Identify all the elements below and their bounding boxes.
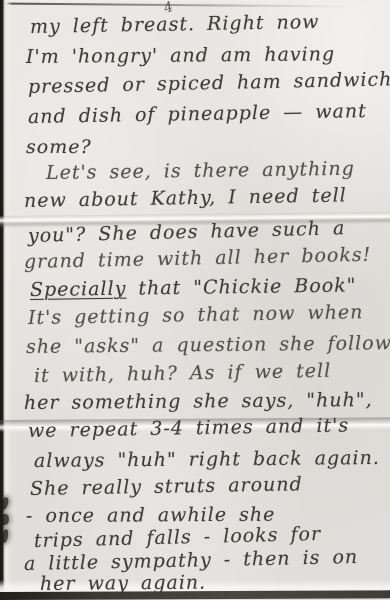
handwritten-line: pressed or spiced ham sandwich (28, 68, 390, 98)
handwritten-line: It's getting so that now when (28, 301, 364, 329)
handwritten-line: my left breast. Right now (30, 11, 320, 38)
handwritten-line: She really struts around (30, 473, 303, 500)
handwritten-line: Specially that "Chickie Book" (30, 274, 357, 301)
scanned-letter-page: 4 my left breast. Right now I'm 'hongry'… (0, 0, 390, 600)
handwritten-line: it with, huh? As if we tell (34, 360, 332, 387)
paper-left-edge (0, 0, 12, 600)
handwritten-line: her way again. (40, 572, 206, 595)
line-rest: that "Chickie Book" (126, 274, 356, 299)
handwritten-line: - once and awhile she (26, 504, 275, 527)
handwritten-line: always "huh" right back again. (34, 447, 380, 472)
handwritten-line: Let's see, is there anything (46, 158, 355, 184)
handwritten-line: she "asks" a question she follows (26, 332, 390, 358)
handwritten-line: and dish of pineapple — want (28, 100, 367, 128)
handwritten-line: we repeat 3-4 times and it's (28, 414, 349, 442)
underlined-word: Specially (30, 278, 127, 301)
handwritten-line: her something she says, "huh", (24, 389, 373, 414)
handwritten-line: grand time with all her books! (24, 244, 372, 273)
handwritten-line: new about Kathy, I need tell (24, 184, 347, 212)
handwritten-line: I'm 'hongry' and am having (26, 43, 335, 68)
handwritten-line: some? (26, 136, 92, 158)
